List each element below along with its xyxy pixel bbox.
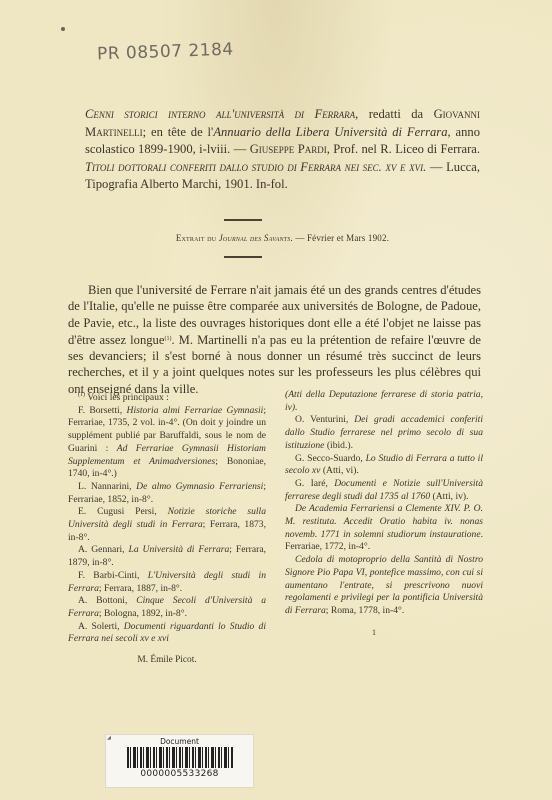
title-titoli-dottorali: Titoli dottorali conferiti dallo studio … [85,160,426,174]
footnote-entry: G. Iaré, Documenti e Notizie sull'Univer… [285,478,483,503]
footnote-entry: E. Cugusi Persi, Notizie storiche sulla … [68,506,266,544]
corner-mark-icon: ◢ [107,735,111,741]
title-cenni-storici: Cenni storici interno all'università di … [85,107,355,121]
footnote-entry: De Academia Ferrariensi a Clemente XIV. … [285,503,483,554]
footnote-entry: Cedola di motoproprio della Santità di N… [285,554,483,618]
footnote-entry: G. Secco-Suardo, Lo Studio di Ferrara a … [285,453,483,478]
footnote-entry: O. Venturini, Dei gradi accademici confe… [285,414,483,452]
footnotes-left-column: (1) Voici les principaux : F. Borsetti, … [68,389,266,667]
extrait-line: Extrait du Journal des Savants. — Févrie… [85,233,480,243]
divider-rule-bottom [224,256,262,258]
footnote-entry: A. Gennari, La Università di Ferrara; Fe… [68,544,266,569]
document-page: PR 08507 2184 Cenni storici interno all'… [0,0,552,800]
handwritten-shelfmark: PR 08507 2184 [97,40,234,65]
footnote-entry: A. Bottoni, Cinque Secoli d'Università a… [68,595,266,620]
author-signature: M. Émile Picot. [68,654,266,667]
barcode-icon [127,747,233,768]
footnote-entry: F. Barbi-Cinti, L'Università degli studi… [68,570,266,595]
footnote-entry: A. Solerti, Documenti riguardanti lo Stu… [68,621,266,646]
divider-rule-top [224,219,262,221]
annuario-title: Annuario della Libera Università di Ferr… [213,125,447,139]
footnote-entry: L. Nannarini, De almo Gymnasio Ferrarien… [68,481,266,506]
author-pardi: Giuseppe Pardi [250,142,327,156]
barcode-label: Document 0000005533268 [105,734,254,788]
body-paragraph: Bien que l'université de Ferrare n'ait j… [68,282,481,397]
page-number: 1 [372,628,376,637]
footnotes-right-column: (Atti della Deputazione ferrarese di sto… [285,389,483,618]
footnote-entry: F. Borsetti, Historia almi Ferrariae Gym… [68,405,266,481]
ink-dot [61,27,65,31]
journal-title: Journal des Savants [219,233,291,243]
bibliographic-header: Cenni storici interno all'università di … [85,106,480,194]
barcode-number: 0000005533268 [106,769,253,779]
barcode-title: Document [106,737,253,746]
footnote-intro: (1) Voici les principaux : [68,389,266,405]
footnote-entry: (Atti della Deputazione ferrarese di sto… [285,389,483,414]
